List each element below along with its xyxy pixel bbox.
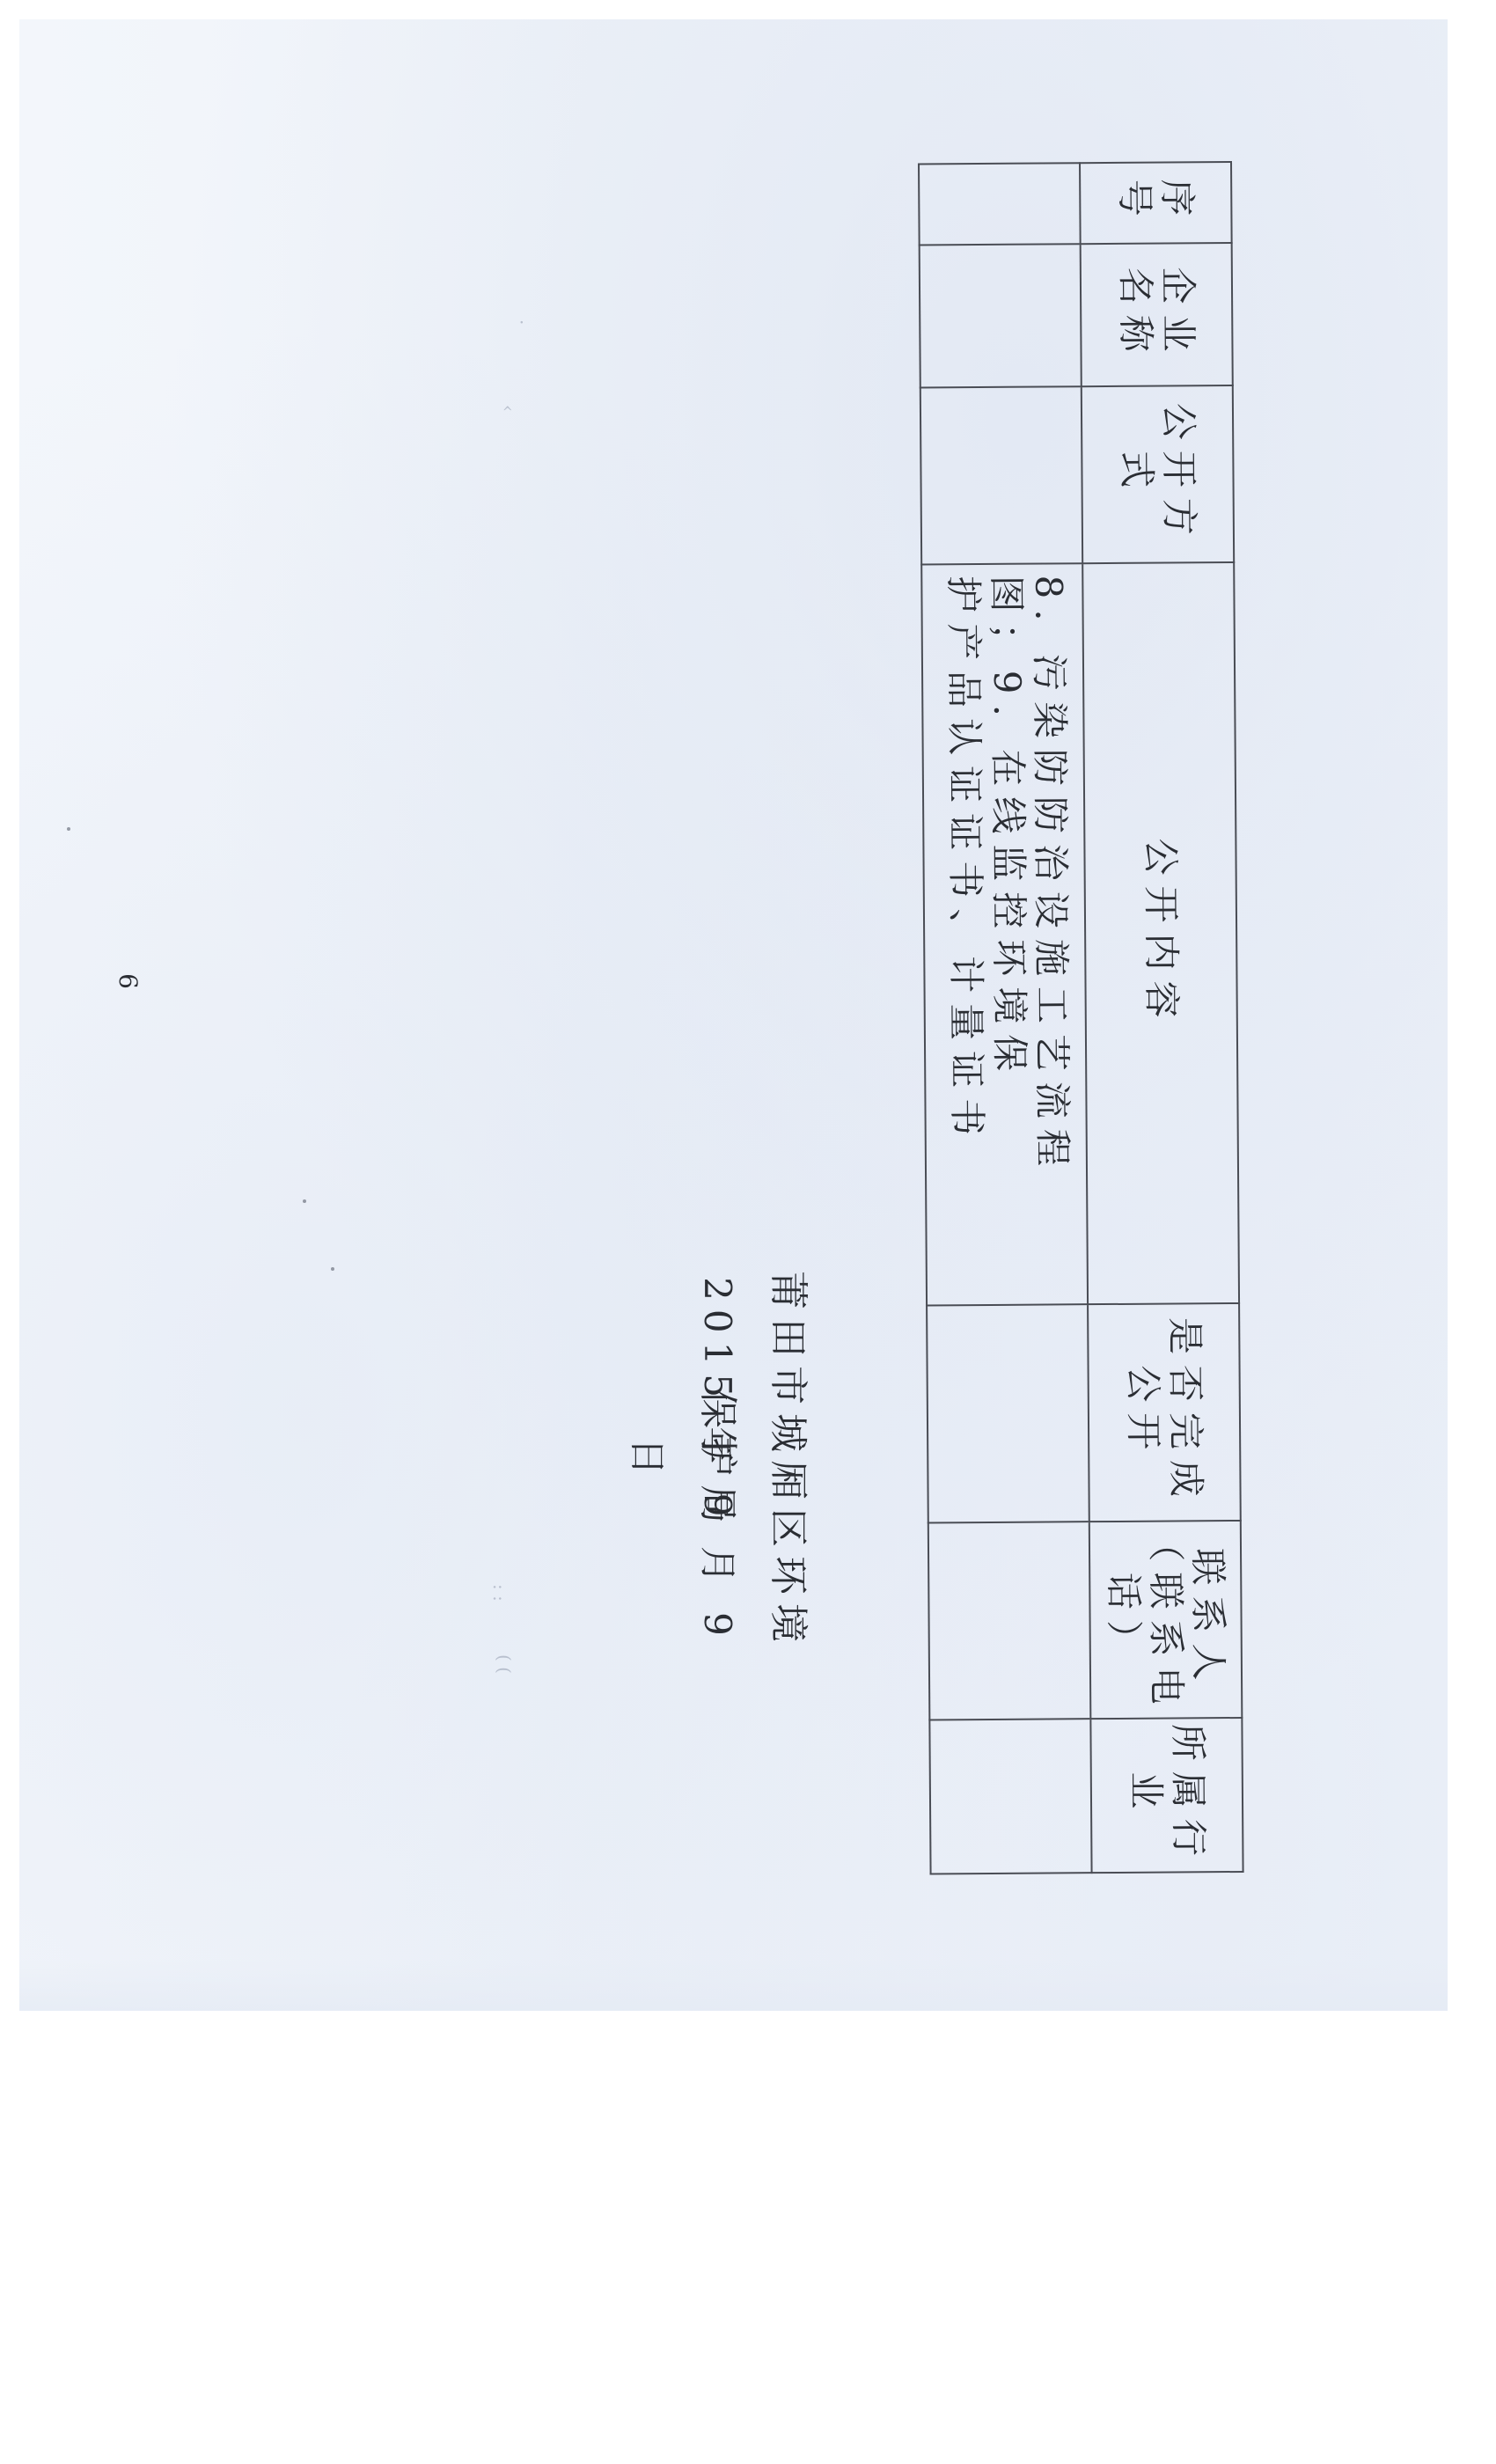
header-serial: 序号 bbox=[1080, 162, 1232, 244]
cell-contact bbox=[928, 1522, 1091, 1720]
content-line-2: 护产品认证证书、计量证书 bbox=[942, 576, 989, 1269]
header-contact-line1: 联系人 bbox=[1186, 1522, 1230, 1717]
header-contact: 联系人 （联系电话） bbox=[1089, 1521, 1243, 1719]
cell-completed bbox=[927, 1304, 1089, 1522]
table-row: 8. 污染防防治设施工艺流程图；9. 在线监控环境保 护产品认证证书、计量证书 bbox=[919, 163, 1092, 1874]
bleed-through-mark: : : bbox=[489, 1584, 510, 1602]
header-completed: 是否完成公开 bbox=[1088, 1303, 1241, 1522]
bleed-through-mark: ( ( bbox=[494, 1654, 515, 1674]
cell-serial bbox=[919, 163, 1081, 245]
bleed-through-mark: · bbox=[511, 319, 532, 325]
scan-speck bbox=[303, 1199, 306, 1203]
table-header-row: 序号 企业名称 公开方式 公开内容 是否完成公开 联系人 （联系电话） 所属行业 bbox=[1080, 162, 1243, 1873]
header-company-name: 企业名称 bbox=[1081, 243, 1233, 386]
bleed-through-mark: ‹ bbox=[498, 405, 519, 412]
cell-disclosure-method bbox=[920, 386, 1082, 564]
issue-date: 2015 年 9 月 9 日 bbox=[682, 1258, 752, 1663]
scan-speck bbox=[67, 827, 70, 831]
scan-speck bbox=[331, 1267, 334, 1271]
cell-industry bbox=[929, 1719, 1091, 1874]
issuing-agency: 莆田市城厢区环境保护局 bbox=[752, 1258, 823, 1663]
header-industry: 所属行业 bbox=[1090, 1718, 1243, 1873]
header-contact-line2: （联系电话） bbox=[1101, 1522, 1187, 1718]
page-number: 6 bbox=[110, 968, 145, 994]
cell-company-name bbox=[920, 244, 1082, 387]
header-disclosure-method: 公开方式 bbox=[1082, 385, 1234, 563]
header-disclosure-content: 公开内容 bbox=[1082, 562, 1239, 1304]
cell-disclosure-content: 8. 污染防防治设施工艺流程图；9. 在线监控环境保 护产品认证证书、计量证书 bbox=[921, 563, 1088, 1305]
disclosure-table: 序号 企业名称 公开方式 公开内容 是否完成公开 联系人 （联系电话） 所属行业… bbox=[918, 161, 1244, 1874]
document-page: 序号 企业名称 公开方式 公开内容 是否完成公开 联系人 （联系电话） 所属行业… bbox=[0, 0, 1496, 2464]
content-line-1: 8. 污染防防治设施工艺流程图；9. 在线监控环境保 bbox=[985, 575, 1074, 1269]
signature-block: 莆田市城厢区环境保护局 2015 年 9 月 9 日 bbox=[682, 1258, 823, 1663]
